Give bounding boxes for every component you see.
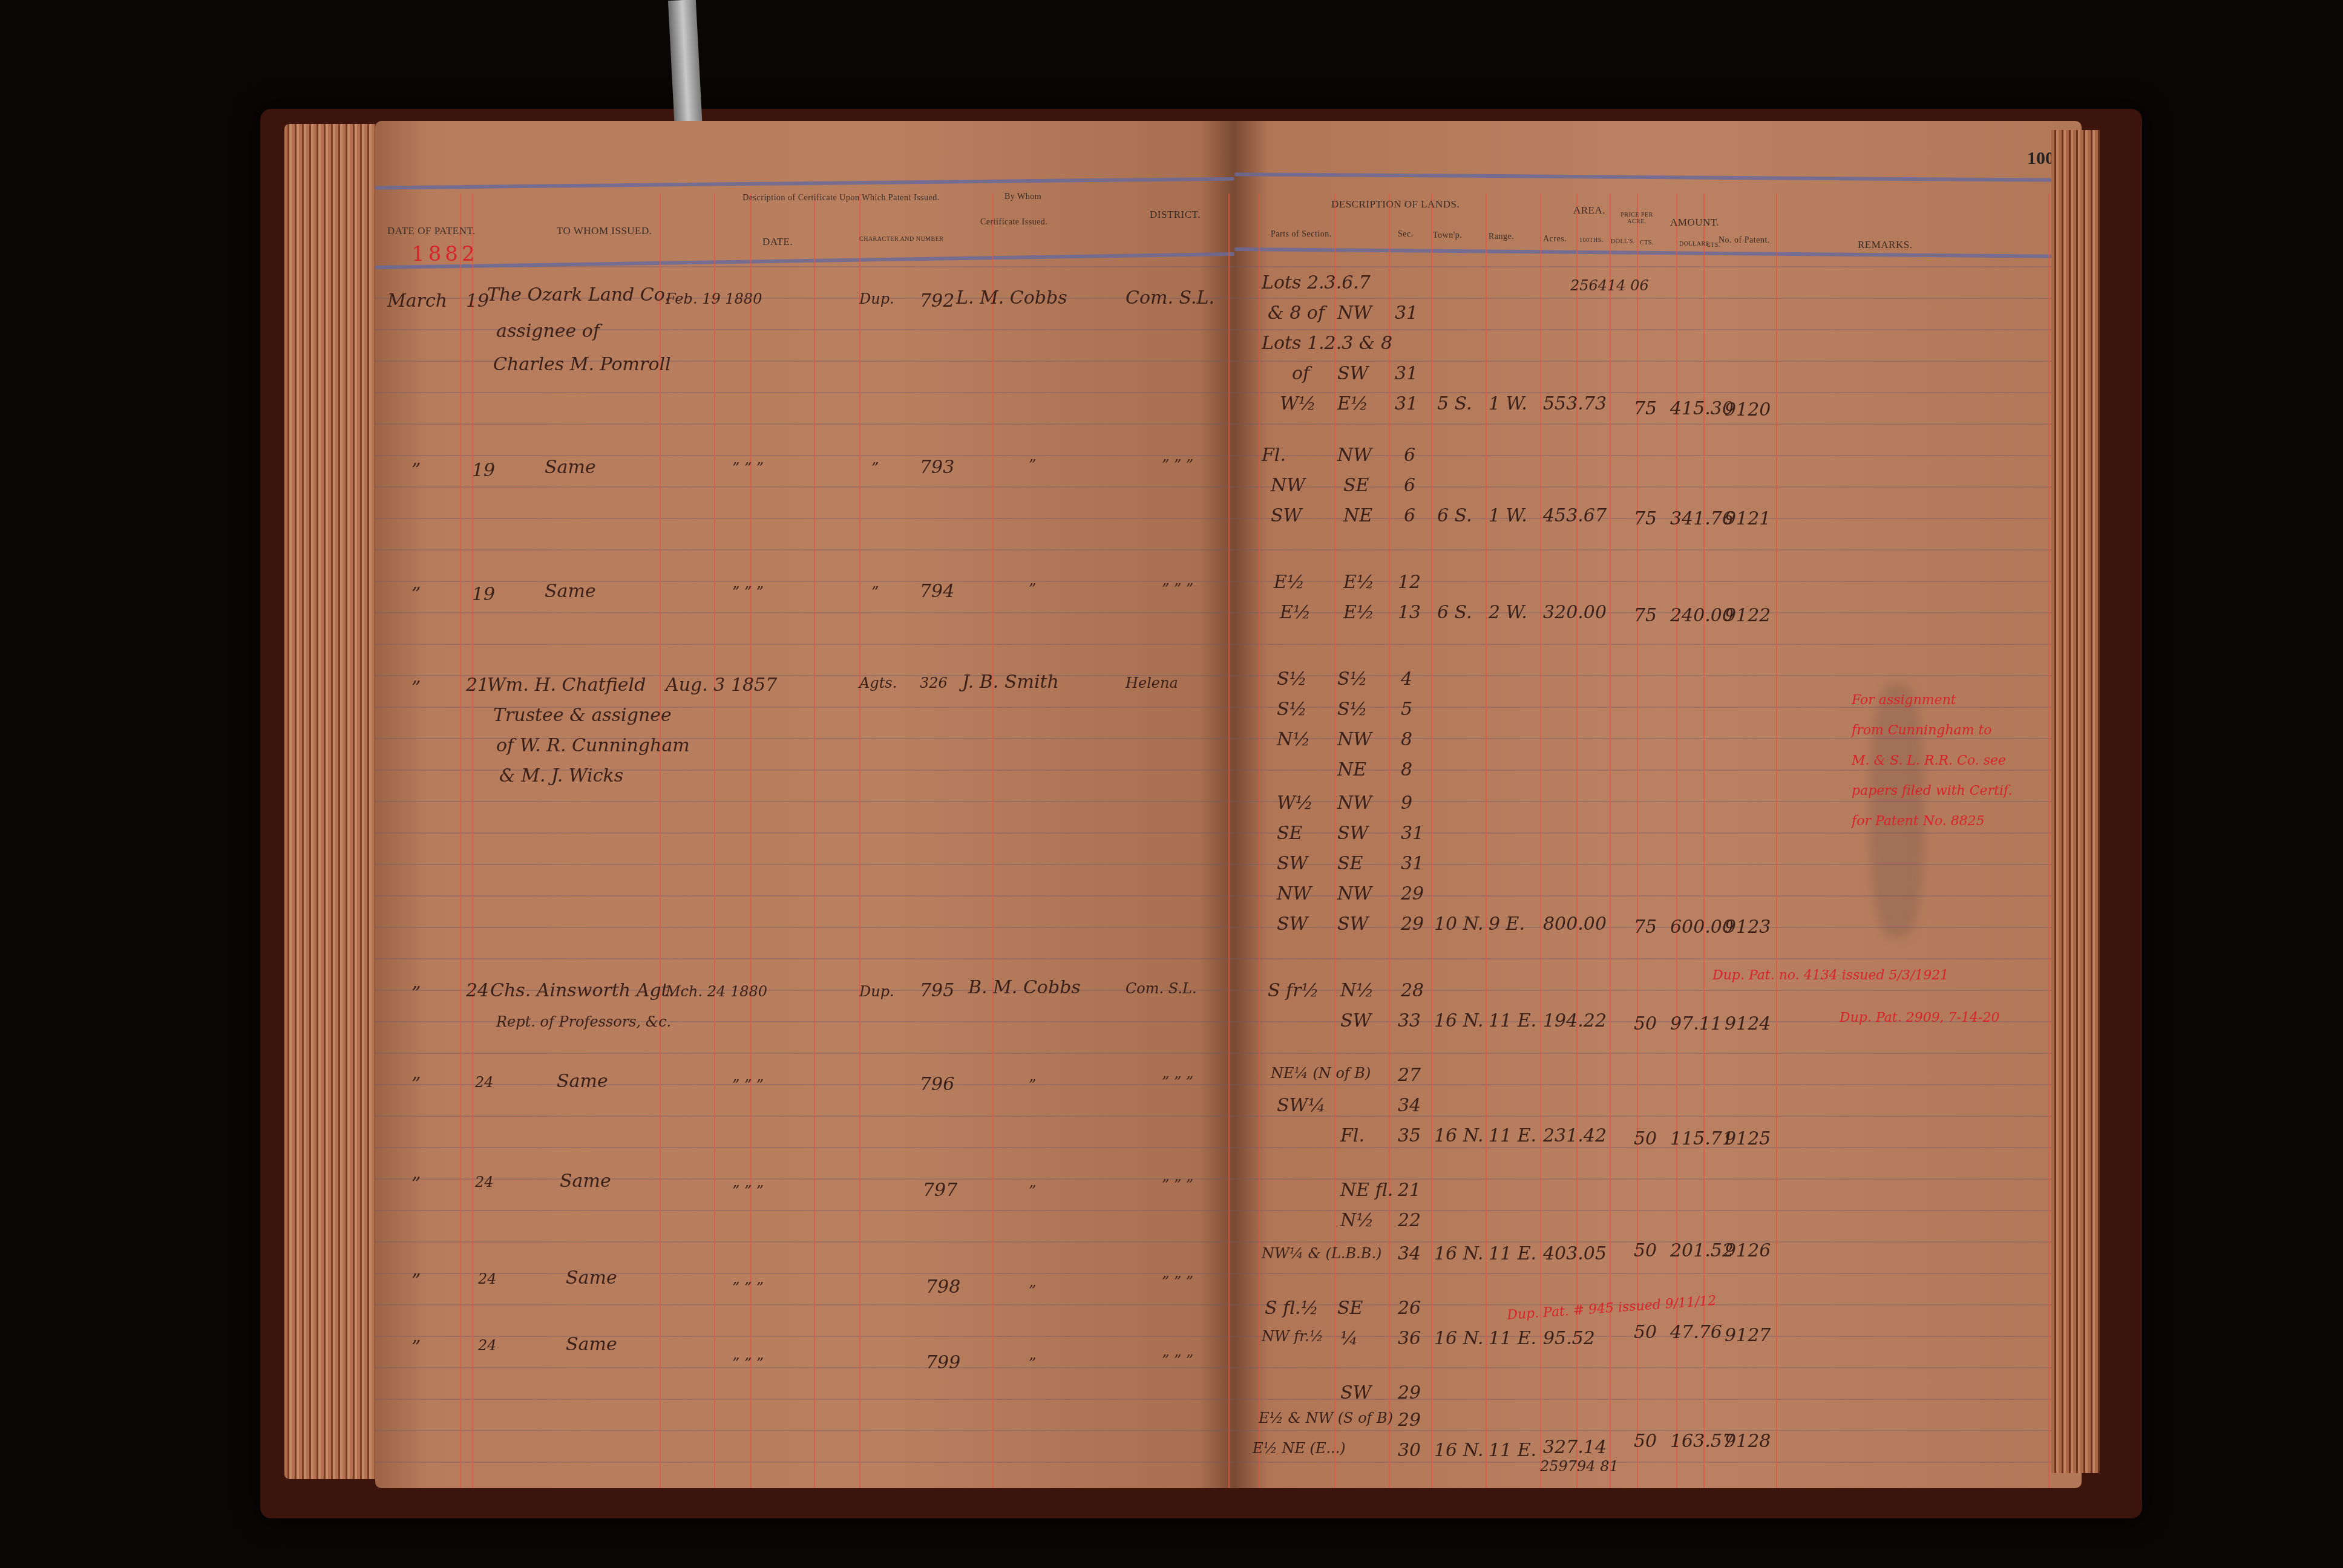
area-note: 256414 06 <box>1570 277 1649 294</box>
entry-by-whom: ” <box>1029 1355 1036 1372</box>
ledger-rule <box>1234 958 2082 959</box>
entry-number: 792 <box>920 290 954 312</box>
land-part: SW <box>1271 505 1302 526</box>
entry-by-whom: L. M. Cobbs <box>956 287 1067 309</box>
entry-grantee: assignee of <box>496 321 600 342</box>
col-line <box>460 194 461 1488</box>
header-rule-bottom <box>1234 247 2082 258</box>
header-price-cents: Cts. <box>1640 240 1654 246</box>
entry-day: 19 <box>472 460 495 481</box>
land-quarter: E½ <box>1343 572 1374 593</box>
land-section: 29 <box>1401 883 1424 904</box>
land-quarter: NE <box>1343 505 1372 526</box>
land-part: E½ <box>1274 572 1305 593</box>
price-per-acre: 75 <box>1634 508 1657 529</box>
entry-number: 793 <box>920 457 954 478</box>
land-range: 11 E. <box>1489 1010 1536 1031</box>
entry-grantee: Wm. H. Chatfield <box>487 675 646 696</box>
entry-month: ” <box>411 1174 421 1195</box>
page-edges-left <box>284 124 381 1479</box>
land-part: Lots 1.2.3 & 8 <box>1262 333 1392 354</box>
entry-grantee: Same <box>545 457 596 478</box>
amount: 47.76 <box>1670 1322 1722 1343</box>
land-part: W½ <box>1277 792 1313 814</box>
entry-district: ” ” ” <box>1162 581 1193 598</box>
entry-day: 24 <box>475 1074 494 1091</box>
col-line <box>1676 194 1677 1488</box>
land-part: S fr½ <box>1268 980 1319 1001</box>
land-township: 16 N. <box>1434 1440 1484 1461</box>
land-acres: 95.52 <box>1543 1328 1595 1349</box>
land-part: Fl. <box>1262 445 1286 466</box>
land-section: 5 <box>1401 699 1412 720</box>
land-range: 1 W. <box>1489 505 1527 526</box>
entry-character: ” <box>871 584 879 601</box>
header-character-number: CHARACTER AND NUMBER <box>859 236 943 243</box>
ledger-rule <box>375 392 1234 393</box>
patent-number: 9125 <box>1725 1128 1771 1149</box>
ledger-rule <box>1234 549 2082 550</box>
ledger-rule <box>375 1147 1234 1148</box>
entry-district: ” ” ” <box>1162 1177 1193 1194</box>
ledger-rule <box>375 895 1234 897</box>
patent-number: 9128 <box>1725 1431 1771 1452</box>
header-rule-top <box>375 177 1234 190</box>
land-part: SW¼ <box>1277 1095 1325 1116</box>
entry-month: ” <box>411 1074 421 1095</box>
entry-by-whom: ” <box>1029 1077 1036 1094</box>
ledger-rule <box>375 581 1234 582</box>
land-section: 22 <box>1398 1210 1421 1231</box>
entry-cert-date: ” ” ” <box>732 1077 764 1094</box>
ledger-rule <box>375 1178 1234 1180</box>
land-township: 10 N. <box>1434 913 1484 935</box>
header-certificate-description: Description of Certificate Upon Which Pa… <box>732 194 950 203</box>
land-section: 30 <box>1398 1440 1421 1461</box>
ledger-rule <box>375 958 1234 959</box>
header-district: DISTRICT. <box>1150 209 1201 221</box>
ledger-rule <box>375 518 1234 519</box>
col-line <box>1576 194 1578 1488</box>
land-section: 31 <box>1401 823 1424 844</box>
entry-grantee: Same <box>566 1267 617 1289</box>
header-date-of-patent: DATE OF PATENT. <box>387 225 476 237</box>
price-per-acre: 75 <box>1634 916 1657 938</box>
amount: 97.11 <box>1670 1013 1722 1034</box>
land-range: 11 E. <box>1489 1328 1536 1349</box>
land-part: & 8 of <box>1268 302 1325 324</box>
ledger-rule <box>375 832 1234 834</box>
header-certificate-issued: Certificate Issued. <box>980 218 1047 227</box>
ledger-rule <box>375 1116 1234 1117</box>
land-acres: 800.00 <box>1543 913 1607 935</box>
entry-character: Dup. <box>859 983 894 1000</box>
ledger-rule <box>375 486 1234 488</box>
land-section: 26 <box>1398 1298 1421 1319</box>
col-line <box>814 194 815 1488</box>
ledger-rule <box>375 1430 1234 1431</box>
land-section: 4 <box>1401 668 1412 690</box>
land-quarter: NW <box>1337 729 1372 750</box>
entry-day: 19 <box>466 290 489 312</box>
entry-cert-date: Aug. 3 1857 <box>666 675 777 696</box>
land-section: 8 <box>1401 729 1412 750</box>
land-section: 9 <box>1401 792 1412 814</box>
land-part: W½ <box>1280 393 1316 414</box>
land-section: 29 <box>1398 1410 1421 1431</box>
entry-district: ” ” ” <box>1162 1074 1193 1091</box>
land-section: 31 <box>1395 302 1418 324</box>
land-acres: 553.73 <box>1543 393 1607 414</box>
col-line <box>1486 194 1487 1488</box>
land-township: 6 S. <box>1437 602 1472 623</box>
header-area: AREA. <box>1573 204 1605 217</box>
land-section: 12 <box>1398 572 1421 593</box>
ledger-rule <box>1234 1367 2082 1368</box>
ledger-rule <box>1234 1116 2082 1117</box>
patent-number: 9123 <box>1725 916 1771 938</box>
ledger-rule <box>1234 1053 2082 1054</box>
land-section: 35 <box>1398 1125 1421 1146</box>
header-rule-top <box>1234 172 2082 182</box>
entry-day: 19 <box>472 584 495 605</box>
price-per-acre: 50 <box>1634 1431 1657 1452</box>
entry-by-whom: ” <box>1029 1183 1036 1200</box>
header-to-whom-issued: TO WHOM ISSUED. <box>557 225 652 237</box>
land-part: SE <box>1277 823 1302 844</box>
entry-month: ” <box>411 460 421 481</box>
price-per-acre: 50 <box>1634 1322 1657 1343</box>
patent-number: 9127 <box>1725 1325 1771 1346</box>
land-township: 5 S. <box>1437 393 1472 414</box>
land-section: 31 <box>1401 853 1424 874</box>
left-page: DATE OF PATENT. TO WHOM ISSUED. Descript… <box>375 121 1234 1488</box>
col-line <box>1431 194 1432 1488</box>
remark-assignment-line: For assignment <box>1852 693 1956 708</box>
land-part: NW fr.½ <box>1262 1328 1323 1345</box>
land-section: 6 <box>1404 505 1415 526</box>
entry-cert-date: ” ” ” <box>732 584 764 601</box>
land-quarter: SW <box>1337 823 1368 844</box>
land-section: 29 <box>1401 913 1424 935</box>
ledger-rule <box>1234 361 2082 362</box>
entry-cert-date: Feb. 19 1880 <box>666 290 762 307</box>
land-section: 27 <box>1398 1065 1421 1086</box>
col-line <box>1776 194 1777 1488</box>
ledger-rule <box>375 612 1234 613</box>
header-remarks: REMARKS. <box>1858 239 1912 251</box>
col-line <box>1334 194 1335 1488</box>
land-quarter: Fl. <box>1340 1125 1365 1146</box>
ledger-rule <box>1234 1336 2082 1337</box>
col-line <box>1259 194 1260 1488</box>
col-line <box>1228 194 1230 1488</box>
land-acres: 231.42 <box>1543 1125 1607 1146</box>
land-acres: 194.22 <box>1543 1010 1607 1031</box>
ledger-rule <box>1234 266 2082 267</box>
ledger-rule <box>1234 298 2082 299</box>
col-line <box>1610 194 1611 1488</box>
entry-day: 21 <box>466 675 489 696</box>
land-part: of <box>1292 363 1309 384</box>
col-line <box>714 194 715 1488</box>
land-section: 29 <box>1398 1382 1421 1403</box>
land-quarter: SE <box>1337 853 1363 874</box>
entry-cert-date: ” ” ” <box>732 460 764 477</box>
remark-assignment-line: for Patent No. 8825 <box>1852 814 1985 829</box>
col-line <box>1540 194 1541 1488</box>
entry-grantee: Chs. Ainsworth Agt. <box>490 980 674 1001</box>
land-acres: 403.05 <box>1543 1243 1607 1264</box>
smudge-mark <box>1870 684 1924 938</box>
entry-grantee: of W. R. Cunningham <box>496 735 690 756</box>
land-section: 36 <box>1398 1328 1421 1349</box>
entry-cert-date: ” ” ” <box>732 1355 764 1372</box>
ledger-rule <box>375 1053 1234 1054</box>
entry-number: 798 <box>926 1276 960 1298</box>
entry-number: 794 <box>920 581 954 602</box>
entry-character: Agts. <box>859 675 897 691</box>
entry-by-whom: ” <box>1029 581 1036 598</box>
ledger-rule <box>1234 1147 2082 1148</box>
col-line <box>859 194 860 1488</box>
patent-number: 9121 <box>1725 508 1771 529</box>
entry-grantee: Same <box>557 1071 608 1092</box>
header-no-of-patent: No. of Patent. <box>1719 236 1770 246</box>
land-quarter: E½ <box>1343 602 1374 623</box>
land-acres: 320.00 <box>1543 602 1607 623</box>
land-quarter: N½ <box>1340 1210 1374 1231</box>
land-quarter: N½ <box>1340 980 1374 1001</box>
land-quarter: NW <box>1337 302 1372 324</box>
ledger-rule <box>1234 423 2082 425</box>
land-range: 1 W. <box>1489 393 1527 414</box>
land-section: 21 <box>1398 1180 1421 1201</box>
entry-grantee: Charles M. Pomroll <box>493 354 671 375</box>
entry-district: Helena <box>1126 675 1178 691</box>
entry-district: ” ” ” <box>1162 1352 1193 1369</box>
price-per-acre: 75 <box>1634 605 1657 626</box>
entry-grantee: & M. J. Wicks <box>499 765 623 786</box>
price-per-acre: 50 <box>1634 1240 1657 1261</box>
land-section: 34 <box>1398 1243 1421 1264</box>
ledger-rule <box>375 455 1234 456</box>
entry-number: 799 <box>926 1352 960 1373</box>
entry-by-whom: B. M. Cobbs <box>968 977 1081 998</box>
land-section: 8 <box>1401 759 1412 780</box>
land-range: 11 E. <box>1489 1243 1536 1264</box>
land-quarter: SW <box>1337 363 1368 384</box>
land-part: N½ <box>1277 729 1310 750</box>
entry-cert-date: Mch. 24 1880 <box>666 983 767 1000</box>
land-section: 13 <box>1398 602 1421 623</box>
ledger-rule <box>375 1241 1234 1243</box>
land-township: 16 N. <box>1434 1328 1484 1349</box>
ledger-rule <box>1234 1241 2082 1243</box>
entry-month: ” <box>411 1270 421 1292</box>
entry-grantee: Same <box>566 1334 617 1355</box>
land-range: 9 E. <box>1489 913 1525 935</box>
ledger-rule <box>375 1336 1234 1337</box>
remark-assignment-line: from Cunningham to <box>1852 723 1992 738</box>
land-section: 33 <box>1398 1010 1421 1031</box>
entry-day: 24 <box>478 1270 497 1287</box>
entry-cert-date: ” ” ” <box>732 1183 764 1200</box>
page-number: 100 <box>2027 148 2054 169</box>
land-section: 34 <box>1398 1095 1421 1116</box>
remark-assignment-line: M. & S. L. R.R. Co. see <box>1852 753 2006 768</box>
col-line <box>472 194 473 1488</box>
patent-number: 9124 <box>1725 1013 1771 1034</box>
land-township: 16 N. <box>1434 1010 1484 1031</box>
entry-month: March <box>387 290 447 312</box>
land-range: 11 E. <box>1489 1125 1536 1146</box>
land-quarter: NE <box>1337 759 1366 780</box>
ledger-rule <box>1234 1084 2082 1085</box>
price-per-acre: 50 <box>1634 1128 1657 1149</box>
entry-day: 24 <box>475 1174 494 1191</box>
land-section: 6 <box>1404 445 1415 466</box>
land-quarter: SW <box>1337 913 1368 935</box>
entry-number: 326 <box>920 675 948 691</box>
ledger-rule <box>375 644 1234 645</box>
header-hundredths: 100ths. <box>1579 237 1604 244</box>
entry-by-whom: ” <box>1029 1282 1036 1299</box>
entry-grantee: Same <box>560 1171 611 1192</box>
remark-duplicate-patent: Dup. Pat. 2909, 7-14-20 <box>1840 1010 1999 1025</box>
price-per-acre: 75 <box>1634 398 1657 419</box>
land-part: S fl.½ <box>1265 1298 1319 1319</box>
land-part: Lots 2.3.6.7 <box>1262 272 1371 293</box>
header-township: Town'p. <box>1433 231 1462 241</box>
ledger-rule <box>1234 644 2082 645</box>
entry-district: ” ” ” <box>1162 1273 1193 1290</box>
land-quarter: ¼ <box>1340 1328 1358 1349</box>
land-quarter: SE <box>1337 1298 1363 1319</box>
land-part: SW <box>1277 913 1308 935</box>
ledger-rule <box>375 1273 1234 1274</box>
land-part: NE¼ (N of B) <box>1271 1065 1371 1082</box>
land-part: NW <box>1271 475 1305 496</box>
ledger-rule <box>375 1462 1234 1463</box>
entry-month: ” <box>411 1337 421 1358</box>
header-amount: AMOUNT. <box>1670 217 1719 229</box>
header-price-dollars: Doll's. <box>1611 238 1635 245</box>
price-per-acre: 50 <box>1634 1013 1657 1034</box>
land-acres: 327.14 <box>1543 1437 1607 1458</box>
patent-number: 9122 <box>1725 605 1771 626</box>
header-price-per-acre: Price Per Acre. <box>1613 212 1661 225</box>
land-quarter: E½ <box>1337 393 1368 414</box>
year-annotation: 1882 <box>411 242 479 266</box>
land-quarter: NW <box>1337 883 1372 904</box>
entry-day: 24 <box>466 980 489 1001</box>
entry-district: ” ” ” <box>1162 457 1193 474</box>
header-description-of-lands: DESCRIPTION OF LANDS. <box>1331 198 1460 211</box>
ledger-rule <box>1234 1462 2082 1463</box>
col-line <box>992 194 994 1488</box>
entry-character: ” <box>871 460 879 477</box>
entry-month: ” <box>411 678 421 699</box>
remark-assignment-line: papers filed with Certif. <box>1852 783 2012 799</box>
ledger-rule <box>1234 1430 2082 1431</box>
entry-month: ” <box>411 983 421 1004</box>
remark-duplicate-patent: Dup. Pat. # 945 issued 9/11/12 <box>1507 1293 1717 1323</box>
land-township: 16 N. <box>1434 1125 1484 1146</box>
header-date: DATE. <box>762 236 793 248</box>
entry-day: 24 <box>478 1337 497 1354</box>
entry-district: Com. S.L. <box>1126 287 1214 309</box>
ledger-rule <box>375 927 1234 928</box>
land-part: E½ <box>1280 602 1311 623</box>
land-quarter: SW <box>1340 1010 1371 1031</box>
ledger-rule <box>375 1399 1234 1400</box>
land-part: S½ <box>1277 699 1307 720</box>
land-section: 6 <box>1404 475 1415 496</box>
page-edges-right <box>2051 130 2100 1473</box>
header-sec: Sec. <box>1398 230 1414 240</box>
ledger-rule <box>375 1367 1234 1368</box>
ledger-rule <box>1234 329 2082 330</box>
land-part: NW¼ & (L.B.B.) <box>1262 1245 1381 1262</box>
land-part: S½ <box>1277 668 1307 690</box>
header-acres: Acres. <box>1543 235 1567 244</box>
ledger-rule <box>375 864 1234 865</box>
land-part: E½ & NW (S of B) <box>1259 1410 1393 1426</box>
entry-number: 795 <box>920 980 954 1001</box>
land-acres: 453.67 <box>1543 505 1607 526</box>
area-note: 259794 81 <box>1540 1458 1619 1475</box>
land-quarter: SW <box>1340 1382 1371 1403</box>
entry-number: 796 <box>920 1074 954 1095</box>
right-page: DESCRIPTION OF LANDS. Parts of Section. … <box>1234 121 2082 1488</box>
land-part: NW <box>1277 883 1311 904</box>
entry-grantee: The Ozark Land Co. <box>487 284 670 305</box>
land-quarter: NW <box>1337 445 1372 466</box>
entry-by-whom: ” <box>1029 457 1036 474</box>
ledger-rule <box>375 1210 1234 1211</box>
header-by-whom: By Whom <box>1004 192 1041 202</box>
remark-duplicate-patent: Dup. Pat. no. 4134 issued 5/3/1921 <box>1712 968 1948 983</box>
land-section: 31 <box>1395 363 1418 384</box>
entry-cert-date: ” ” ” <box>732 1279 764 1296</box>
land-range: 11 E. <box>1489 1440 1536 1461</box>
col-line <box>660 194 661 1488</box>
col-line <box>1389 194 1390 1488</box>
land-part: SW <box>1277 853 1308 874</box>
entry-by-whom: J. B. Smith <box>962 671 1059 693</box>
ledger-rule <box>375 423 1234 425</box>
patent-number: 9120 <box>1725 399 1771 420</box>
land-quarter: S½ <box>1337 668 1368 690</box>
land-quarter: NW <box>1337 792 1372 814</box>
land-quarter: SE <box>1343 475 1369 496</box>
land-township: 6 S. <box>1437 505 1472 526</box>
entry-grantee: Same <box>545 581 596 602</box>
land-township: 16 N. <box>1434 1243 1484 1264</box>
land-part: E½ NE (E...) <box>1253 1440 1346 1457</box>
ledger-rule <box>375 549 1234 550</box>
land-section: 31 <box>1395 393 1418 414</box>
col-line <box>1637 194 1638 1488</box>
ledger-rule <box>1234 1273 2082 1274</box>
entry-character: Dup. <box>859 290 894 307</box>
header-range: Range. <box>1489 232 1514 242</box>
entry-grantee: Rept. of Professors, &c. <box>496 1013 671 1030</box>
col-line <box>2048 194 2050 1488</box>
header-parts-of-section: Parts of Section. <box>1271 230 1332 240</box>
land-range: 2 W. <box>1489 602 1527 623</box>
